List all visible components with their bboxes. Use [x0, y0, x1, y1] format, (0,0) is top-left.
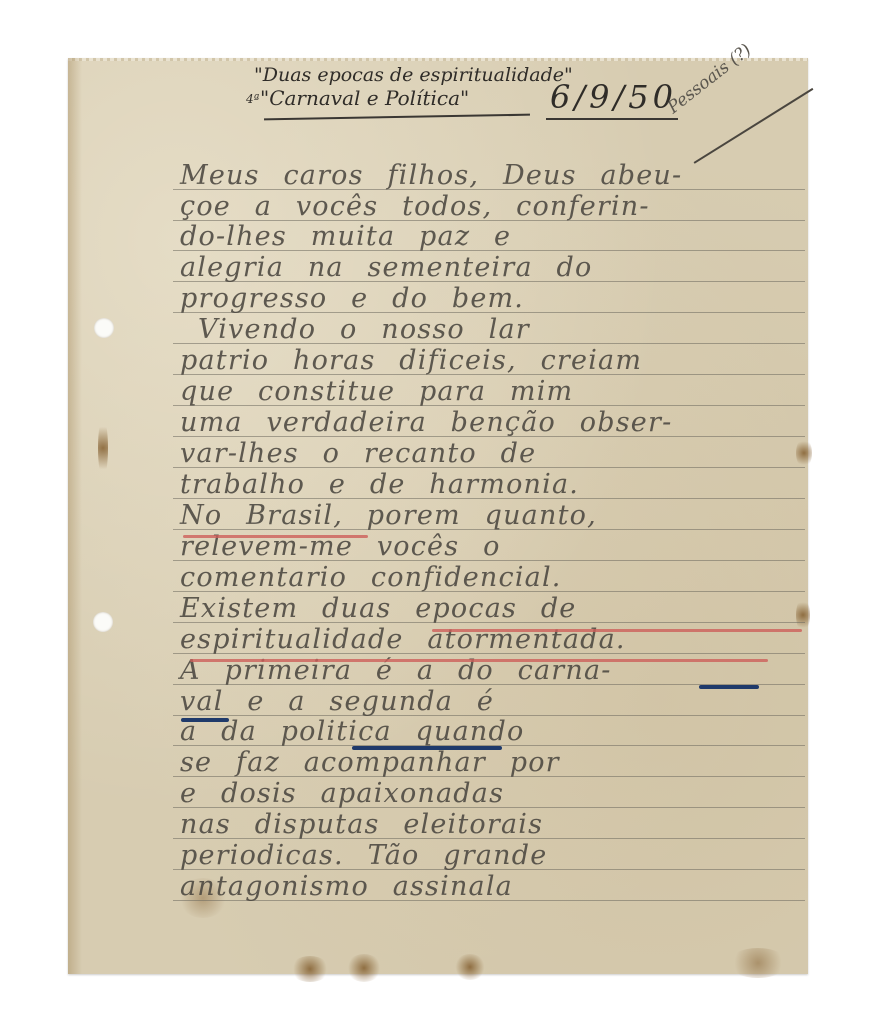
text-line: patrio horas dificeis, creiam — [180, 346, 790, 376]
red-underline-espiritualidade — [190, 659, 768, 662]
rust-stain — [796, 598, 810, 632]
document-title: "Duas epocas de espiritualidade" — [254, 64, 573, 86]
blue-underline-politica — [352, 746, 502, 750]
text-line: alegria na sementeira do — [180, 253, 790, 283]
text-line: comentario confidencial. — [180, 563, 790, 593]
text-line: do-lhes muita paz e — [180, 222, 790, 252]
document-date: 6/9/50 — [550, 78, 677, 116]
text-line: progresso e do bem. — [180, 284, 790, 314]
title-number: 4ª — [246, 92, 259, 106]
text-line: que constitue para mim — [180, 377, 790, 407]
red-underline-no-brasil — [183, 535, 368, 538]
rust-stain — [346, 954, 382, 982]
margin-annotation: Pessoais (?) — [664, 40, 756, 118]
text-line: trabalho e de harmonia. — [180, 470, 790, 500]
text-line: val e a segunda é — [180, 687, 790, 717]
letter-page: "Duas epocas de espiritualidade" 4ª "Car… — [68, 58, 808, 974]
punch-hole-icon — [93, 612, 113, 632]
text-line: antagonismo assinala — [180, 872, 790, 902]
edge-stain — [68, 58, 82, 974]
red-underline-duas-epocas — [432, 629, 802, 632]
rust-stain — [98, 418, 108, 478]
rust-stain — [290, 956, 330, 982]
rust-stain — [728, 948, 788, 978]
margin-stroke — [694, 88, 814, 163]
text-line: Existem duas epocas de — [180, 594, 790, 624]
rust-stain — [454, 954, 486, 980]
text-line: a da politica quando — [180, 717, 790, 747]
text-line: var-lhes o recanto de — [180, 439, 790, 469]
date-underline — [546, 118, 678, 120]
text-line: se faz acompanhar por — [180, 748, 790, 778]
blue-underline-carnaval — [699, 685, 759, 689]
text-line: çoe a vocês todos, conferin- — [180, 192, 790, 222]
text-line: nas disputas eleitorais — [180, 810, 790, 840]
subtitle-underline — [264, 114, 530, 121]
blue-underline-val — [181, 718, 229, 722]
document-subtitle: "Carnaval e Política" — [260, 86, 469, 110]
rust-stain — [796, 438, 812, 468]
text-line: periodicas. Tão grande — [180, 841, 790, 871]
perforated-edge — [68, 58, 808, 61]
text-line: uma verdadeira benção obser- — [180, 408, 790, 438]
text-line: e dosis apaixonadas — [180, 779, 790, 809]
punch-hole-icon — [94, 318, 114, 338]
text-line: No Brasil, porem quanto, — [180, 501, 790, 531]
text-line: Vivendo o nosso lar — [198, 315, 808, 345]
text-line: Meus caros filhos, Deus abeu- — [180, 161, 790, 191]
